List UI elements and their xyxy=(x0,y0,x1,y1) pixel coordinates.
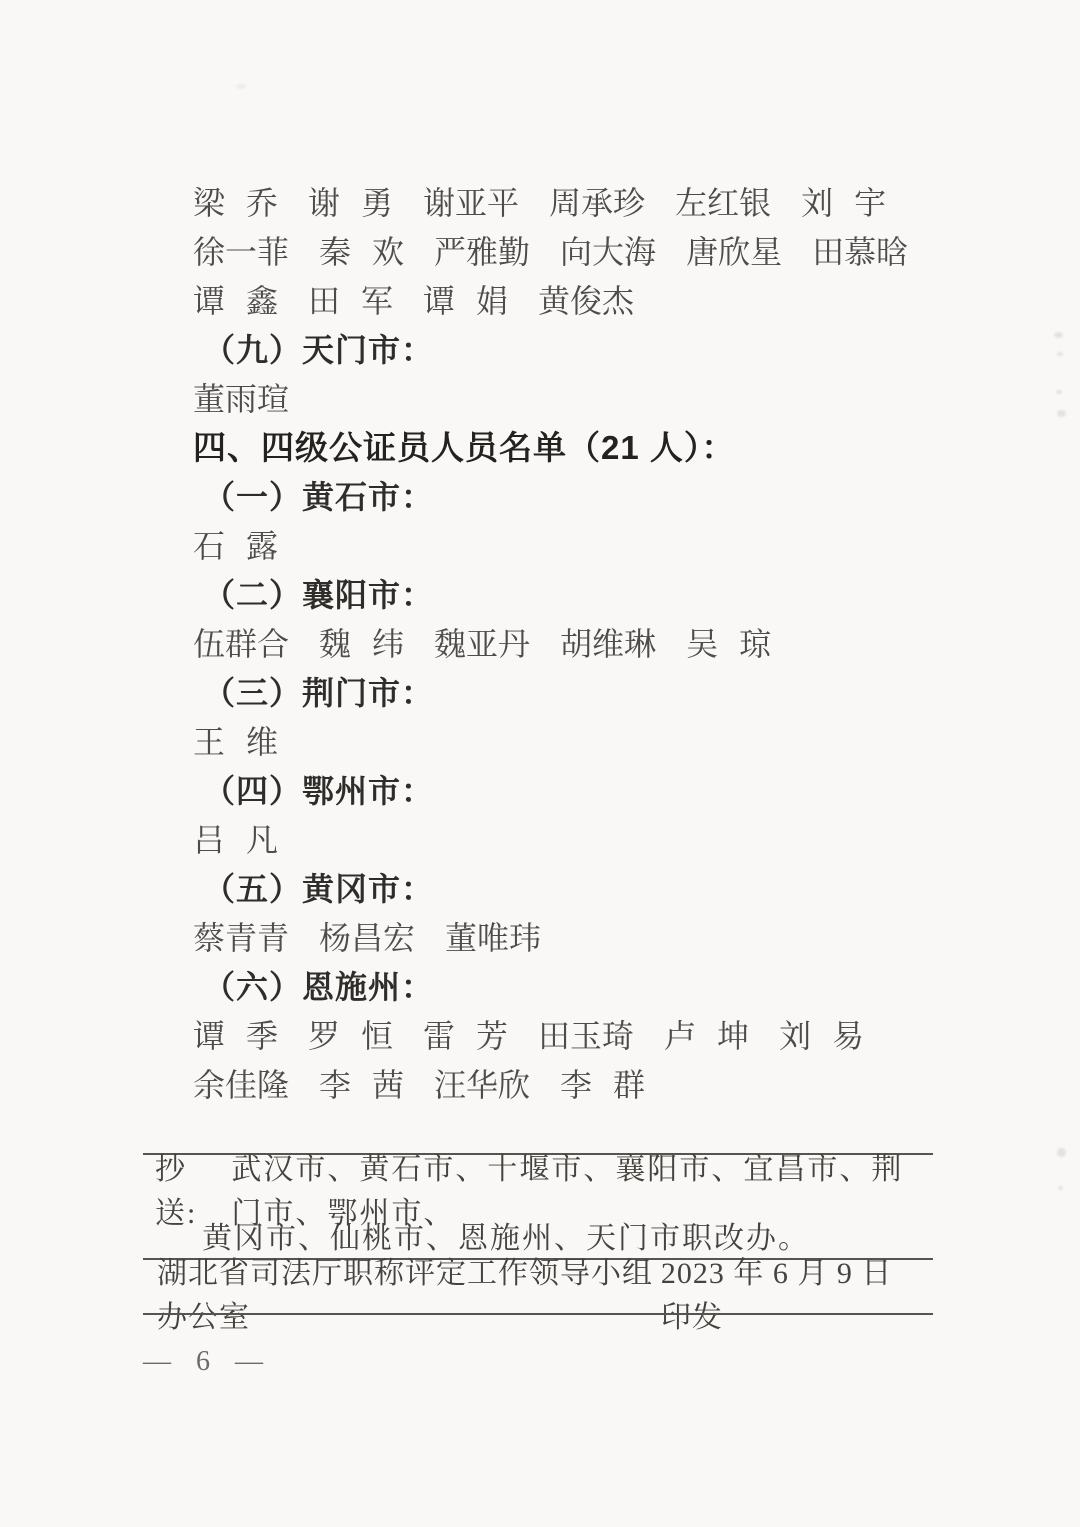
cc-row: 抄送: 武汉市、黄石市、十堰市、襄阳市、宜昌市、荆门市、鄂州市、 xyxy=(155,1166,935,1210)
person-name: 吴 琼 xyxy=(686,619,771,665)
person-name: 周承珍 xyxy=(549,178,645,224)
person-name: 蔡青青 xyxy=(193,913,289,959)
person-name: 谭 季 xyxy=(193,1011,278,1057)
scan-artifact xyxy=(1057,1148,1066,1157)
person-name: 吕 凡 xyxy=(193,815,278,861)
person-name: 杨昌宏 xyxy=(319,913,415,959)
person-name: 谢亚平 xyxy=(423,178,519,224)
name-row: 蔡青青杨昌宏董唯玮 xyxy=(193,911,893,960)
document-page: 梁 乔谢 勇谢亚平周承珍左红银刘 宇徐一菲秦 欢严雅勤向大海唐欣星田慕晗谭 鑫田… xyxy=(0,0,1080,1527)
person-name: 梁 乔 xyxy=(193,178,278,224)
name-row: 石 露 xyxy=(193,519,893,568)
scan-artifact xyxy=(1057,352,1063,356)
section-heading: （四）鄂州市： xyxy=(193,764,893,813)
section-heading: （三）荆门市： xyxy=(193,666,893,715)
section-heading: （九）天门市： xyxy=(193,323,893,372)
footer-bottom-rule xyxy=(143,1313,933,1315)
person-name: 董唯玮 xyxy=(445,913,541,959)
scan-artifact xyxy=(1058,1186,1063,1190)
person-name: 刘 宇 xyxy=(801,178,886,224)
person-name: 田慕晗 xyxy=(812,227,908,273)
person-name: 谭 鑫 xyxy=(193,276,278,322)
person-name: 石 露 xyxy=(193,521,278,567)
person-name: 李 茜 xyxy=(319,1060,404,1106)
list-title: 四、四级公证员人员名单（21 人）： xyxy=(193,421,893,470)
person-name: 李 群 xyxy=(560,1060,645,1106)
person-name: 魏亚丹 xyxy=(434,619,530,665)
person-name: 严雅勤 xyxy=(434,227,530,273)
section-heading: （二）襄阳市： xyxy=(193,568,893,617)
name-row: 谭 季罗 恒雷 芳田玉琦卢 坤刘 易 xyxy=(193,1009,893,1058)
person-name: 魏 纬 xyxy=(319,619,404,665)
scan-artifact xyxy=(236,84,246,89)
issuer-row: 湖北省司法厅职称评定工作领导小组办公室 2023 年 6 月 9 日印发 xyxy=(157,1272,912,1312)
person-name: 雷 芳 xyxy=(423,1011,508,1057)
section-heading: （五）黄冈市： xyxy=(193,862,893,911)
name-row: 董雨瑄 xyxy=(193,372,893,421)
name-row: 吕 凡 xyxy=(193,813,893,862)
person-name: 胡维琳 xyxy=(560,619,656,665)
section-heading: （一）黄石市： xyxy=(193,470,893,519)
page-number: — 6 — xyxy=(143,1346,272,1378)
print-date: 2023 年 6 月 9 日印发 xyxy=(661,1248,912,1336)
person-name: 向大海 xyxy=(560,227,656,273)
person-name: 左红银 xyxy=(675,178,771,224)
issuing-office: 湖北省司法厅职称评定工作领导小组办公室 xyxy=(157,1248,661,1336)
person-name: 罗 恒 xyxy=(308,1011,393,1057)
person-name: 卢 坤 xyxy=(664,1011,749,1057)
person-name: 谭 娟 xyxy=(423,276,508,322)
scan-artifact xyxy=(1056,390,1062,394)
name-row: 谭 鑫田 军谭 娟黄俊杰 xyxy=(193,274,893,323)
person-name: 董雨瑄 xyxy=(193,374,289,420)
person-name: 唐欣星 xyxy=(686,227,782,273)
name-row: 徐一菲秦 欢严雅勤向大海唐欣星田慕晗 xyxy=(193,225,893,274)
person-name: 秦 欢 xyxy=(319,227,404,273)
person-name: 汪华欣 xyxy=(434,1060,530,1106)
person-name: 王 维 xyxy=(193,717,278,763)
scan-artifact xyxy=(1057,410,1066,417)
person-name: 伍群合 xyxy=(193,619,289,665)
name-row: 梁 乔谢 勇谢亚平周承珍左红银刘 宇 xyxy=(193,176,893,225)
person-name: 谢 勇 xyxy=(308,178,393,224)
name-row: 余佳隆李 茜汪华欣李 群 xyxy=(193,1058,893,1107)
person-name: 田玉琦 xyxy=(538,1011,634,1057)
person-name: 徐一菲 xyxy=(193,227,289,273)
person-name: 刘 易 xyxy=(779,1011,864,1057)
document-body: 梁 乔谢 勇谢亚平周承珍左红银刘 宇徐一菲秦 欢严雅勤向大海唐欣星田慕晗谭 鑫田… xyxy=(193,176,893,1107)
person-name: 黄俊杰 xyxy=(538,276,634,322)
person-name: 余佳隆 xyxy=(193,1060,289,1106)
name-row: 伍群合魏 纬魏亚丹胡维琳吴 琼 xyxy=(193,617,893,666)
scan-artifact xyxy=(1054,332,1063,338)
cc-block: 抄送: 武汉市、黄石市、十堰市、襄阳市、宜昌市、荆门市、鄂州市、 黄冈市、仙桃市… xyxy=(155,1166,935,1257)
person-name: 田 军 xyxy=(308,276,393,322)
name-row: 王 维 xyxy=(193,715,893,764)
section-heading: （六）恩施州： xyxy=(193,960,893,1009)
